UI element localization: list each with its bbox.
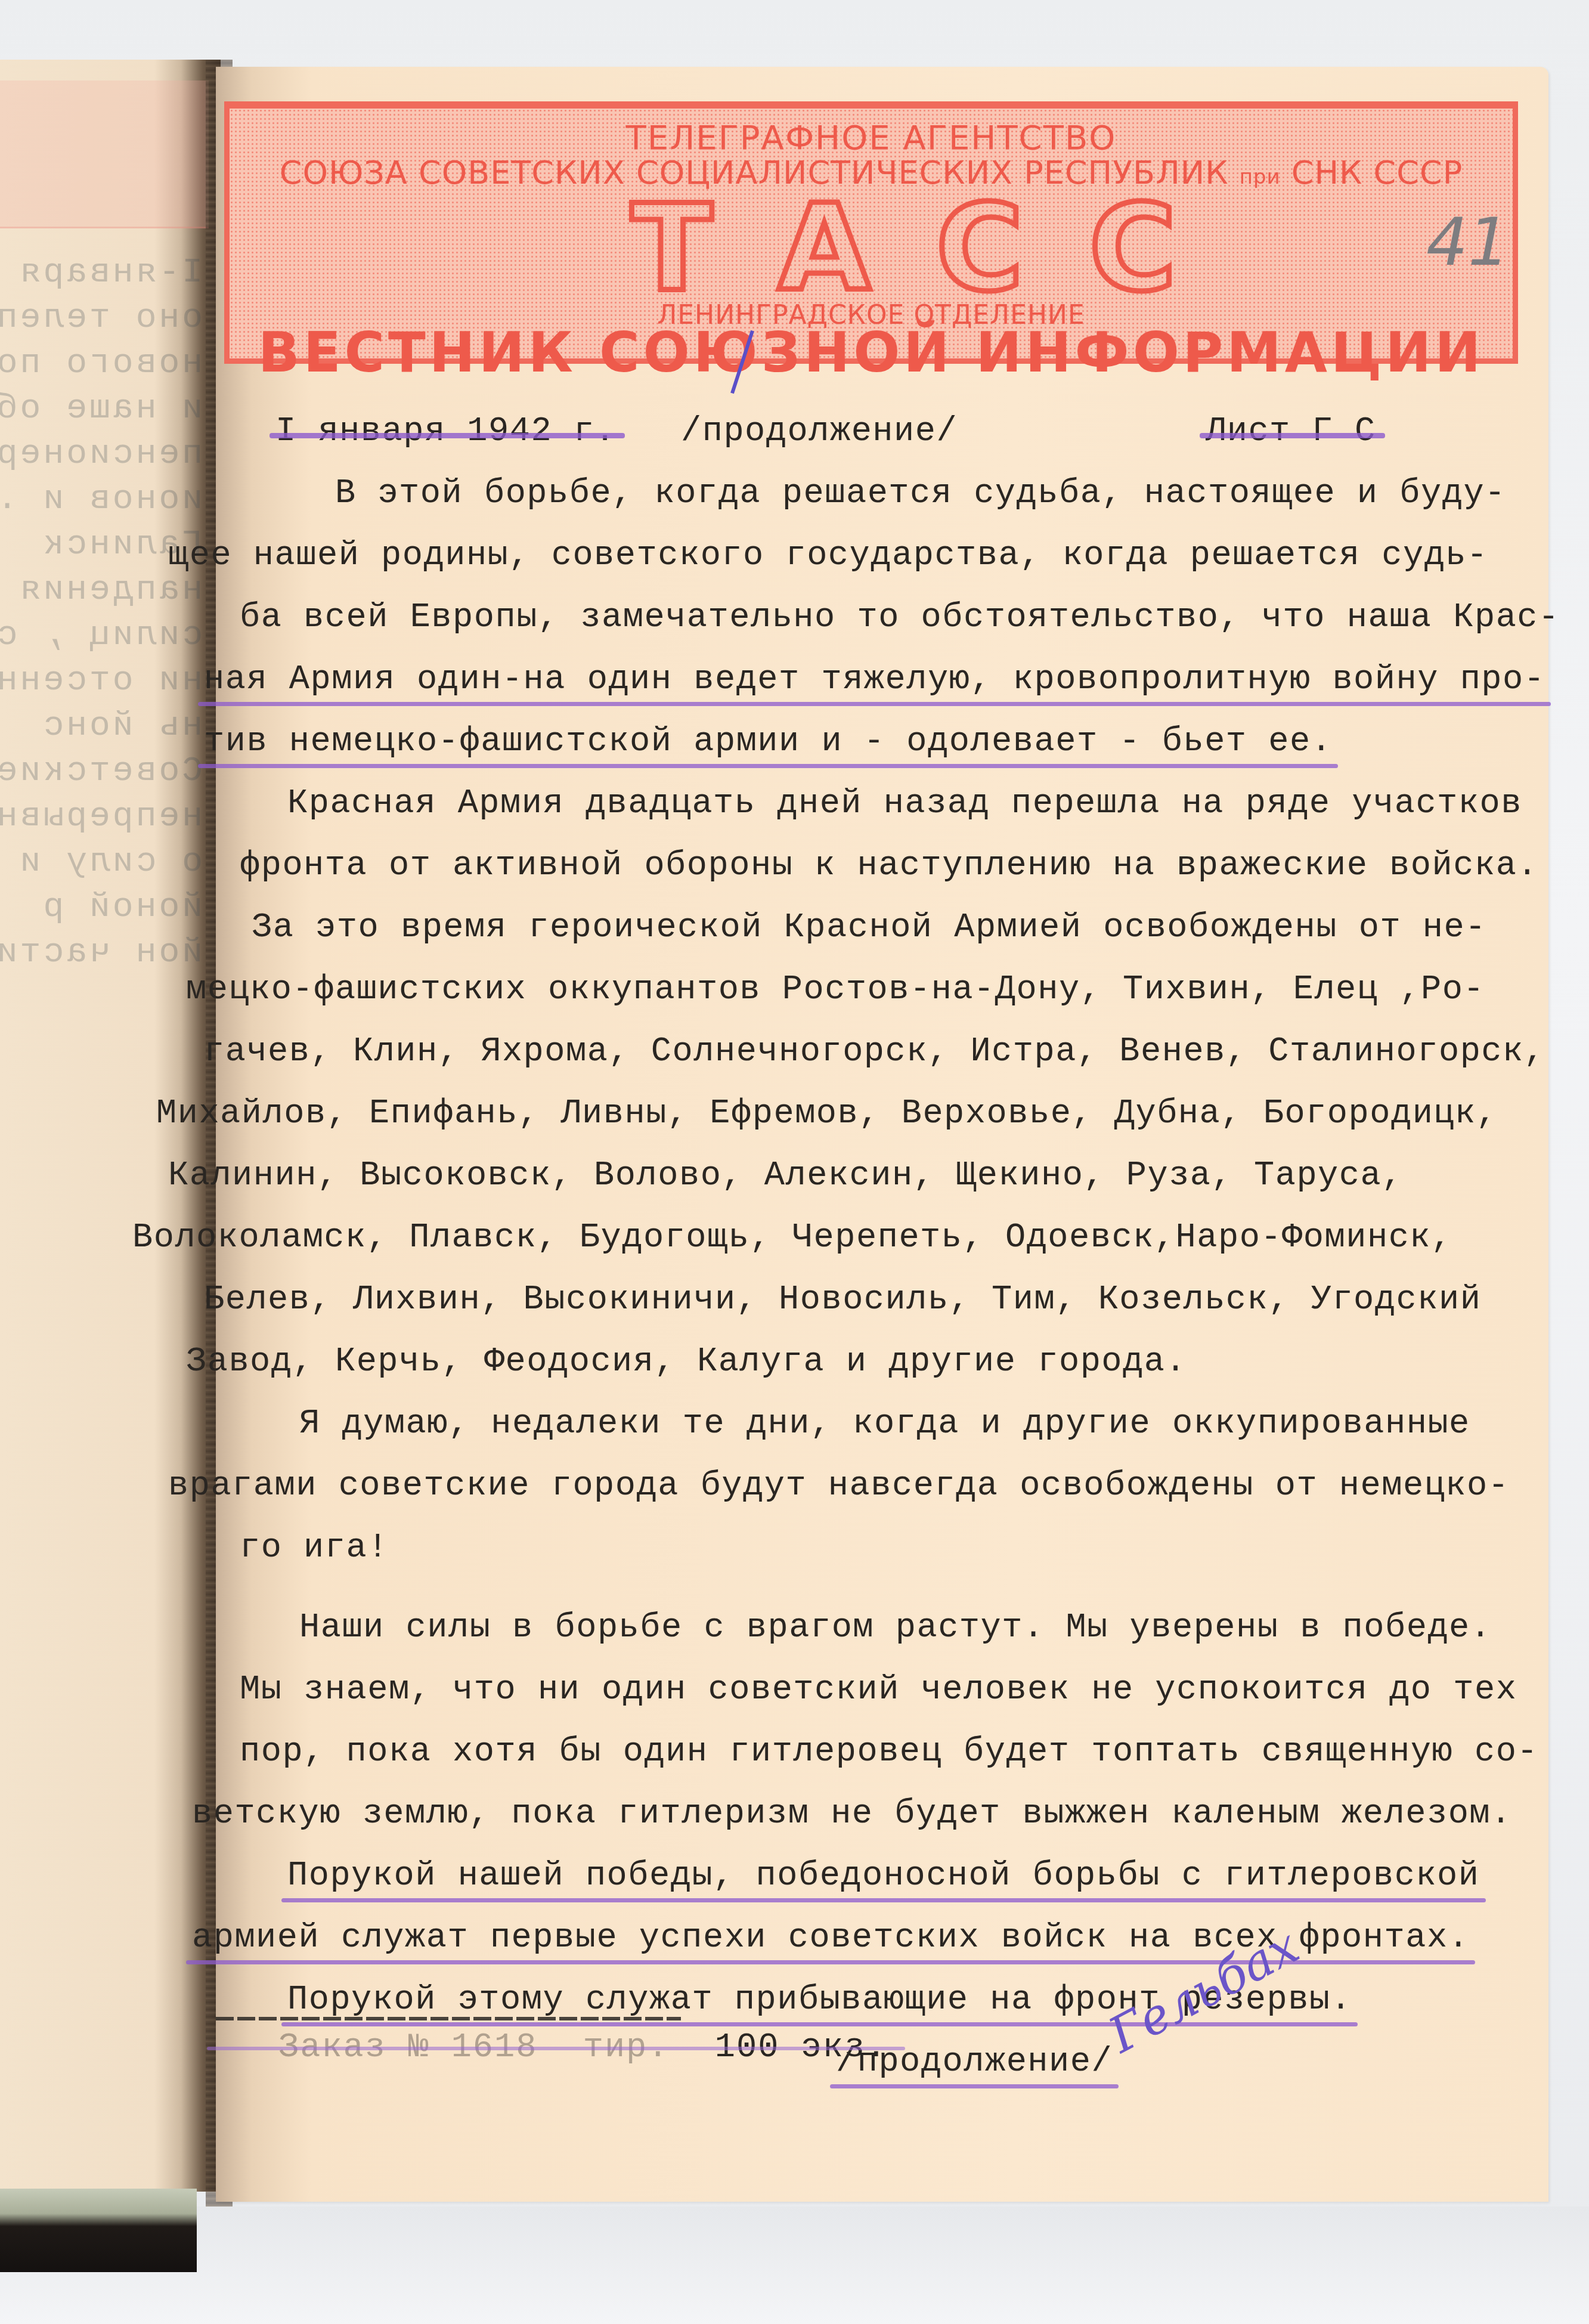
text-line: врагами советские города будут навсегда …	[275, 1455, 1528, 1517]
facing-line: йон части	[0, 930, 203, 976]
letterhead-agency: ТЕЛЕГРАФНОЕ АГЕНТСТВО	[230, 120, 1513, 156]
text-line: В этой борьбе, когда решается судьба, на…	[275, 463, 1528, 525]
facing-page-bleed-text: I-января оно телепатии нового порядка и …	[0, 250, 203, 976]
text-line: щее нашей родины, советского государства…	[275, 525, 1528, 587]
document-page: ТЕЛЕГРАФНОЕ АГЕНТСТВО СОЮЗА СОВЕТСКИХ СО…	[216, 67, 1548, 2202]
facing-line: нь йонс	[0, 704, 203, 749]
text-line: Михайлов, Епифань, Ливны, Ефремов, Верхо…	[275, 1083, 1528, 1145]
copies-count: 100 экз.	[715, 2029, 888, 2067]
meta-line: I января 1942 г. /продолжение/ Лист Г С	[275, 401, 1528, 463]
letterhead-union-small: при	[1240, 165, 1281, 189]
bulletin-title: ВЕСТНИК СОЮЗНОЙ ИНФОРМАЦИИ	[230, 323, 1513, 383]
text-line: армией служат первые успехи советских во…	[275, 1907, 1528, 1969]
facing-line: ионов и .	[0, 477, 203, 522]
scanner-background	[0, 2207, 1589, 2324]
facing-line: ни отсенные	[0, 658, 203, 704]
document-date: I января 1942 г.	[275, 401, 616, 463]
footer-divider	[216, 2017, 681, 2020]
text-line: Волоколамск, Плавск, Будогощь, Черепеть,…	[275, 1207, 1528, 1269]
sheet-number: Лист Г С	[1206, 401, 1376, 463]
text-line: За это время героической Красной Армией …	[275, 897, 1528, 959]
text-line: Порукой этому служат прибывающие на фрон…	[275, 1969, 1528, 2031]
tass-logo: ТАСС	[230, 186, 1578, 311]
order-number: Заказ № 1618	[278, 2029, 537, 2067]
tass-letterhead: ТЕЛЕГРАФНОЕ АГЕНТСТВО СОЮЗА СОВЕТСКИХ СО…	[224, 101, 1518, 364]
text-line: Калинин, Высоковск, Волово, Алексин, Щек…	[275, 1145, 1528, 1207]
facing-line: пенсионер	[0, 432, 203, 477]
document-body: I января 1942 г. /продолжение/ Лист Г С …	[275, 401, 1528, 2093]
facing-line: оно телепатии	[0, 296, 203, 341]
print-order-info: Заказ № 1618 тир. 100 экз.	[278, 2029, 887, 2067]
text-line: Мы знаем, что ни один советский человек …	[275, 1659, 1528, 1721]
text-line: ветскую землю, пока гитлеризм не будет в…	[275, 1783, 1528, 1845]
text-line: ба всей Европы, замечательно то обстояте…	[275, 587, 1528, 649]
text-line: фронта от активной обороны к наступлению…	[275, 835, 1528, 897]
text-line: Завод, Керчь, Феодосия, Калуга и другие …	[275, 1331, 1528, 1393]
text-line: мецко-фашистских оккупантов Ростов-на-До…	[275, 959, 1528, 1021]
facing-line: силиц , ст	[0, 613, 203, 658]
facing-line: о силу и	[0, 840, 203, 885]
text-line: пор, пока хотя бы один гитлеровец будет …	[275, 1721, 1528, 1783]
text-line: ная Армия один-на один ведет тяжелую, кр…	[275, 649, 1528, 711]
facing-line: Советские	[0, 749, 203, 794]
text-line: тив немецко-фашистской армии и - одолева…	[275, 711, 1528, 773]
text-line: Я думаю, недалеки те дни, когда и другие…	[275, 1393, 1528, 1455]
pencil-page-number: 41	[1426, 204, 1510, 280]
text-line: Белев, Лихвин, Высокиничи, Новосиль, Тим…	[275, 1269, 1528, 1331]
facing-line: йоной р	[0, 885, 203, 930]
book-spine-bottom	[0, 2189, 197, 2272]
facing-line: непрерывно	[0, 794, 203, 840]
print-run-label: тир.	[583, 2029, 670, 2067]
text-line: Красная Армия двадцать дней назад перешл…	[275, 773, 1528, 835]
facing-page-header-ghost	[0, 81, 209, 228]
continuation-label: /продолжение/	[681, 401, 958, 463]
text-line: Наши силы в борьбе с врагом растут. Мы у…	[275, 1597, 1528, 1659]
facing-line: нового порядка	[0, 341, 203, 386]
text-line: гачев, Клин, Яхрома, Солнечногорск, Истр…	[275, 1021, 1528, 1083]
facing-line: I-января	[0, 250, 203, 296]
text-line: Порукой нашей победы, победоносной борьб…	[275, 1845, 1528, 1907]
text-line: го ига!	[275, 1517, 1528, 1579]
facing-line: и наше обеда	[0, 386, 203, 432]
